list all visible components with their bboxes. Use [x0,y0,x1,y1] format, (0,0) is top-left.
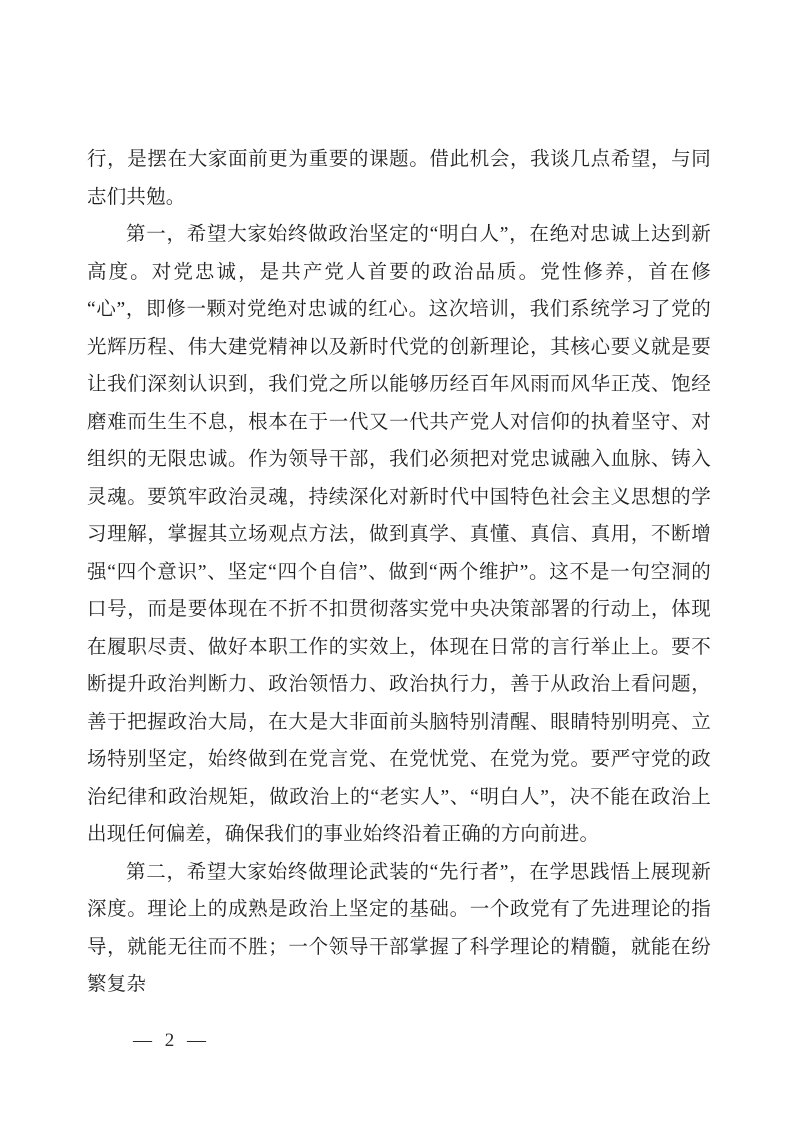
paragraph-continuation: 行，是摆在大家面前更为重要的课题。借此机会，我谈几点希望，与同志们共勉。 [87,141,711,216]
document-body: 行，是摆在大家面前更为重要的课题。借此机会，我谈几点希望，与同志们共勉。 第一，… [87,141,711,1004]
page-number: — 2 — [133,1029,210,1053]
document-page: 行，是摆在大家面前更为重要的课题。借此机会，我谈几点希望，与同志们共勉。 第一，… [0,0,793,1122]
paragraph-point-one: 第一，希望大家始终做政治坚定的“明白人”，在绝对忠诚上达到新高度。对党忠诚，是共… [87,216,711,854]
paragraph-point-two: 第二，希望大家始终做理论武装的“先行者”，在学思践悟上展现新深度。理论上的成熟是… [87,854,711,1004]
